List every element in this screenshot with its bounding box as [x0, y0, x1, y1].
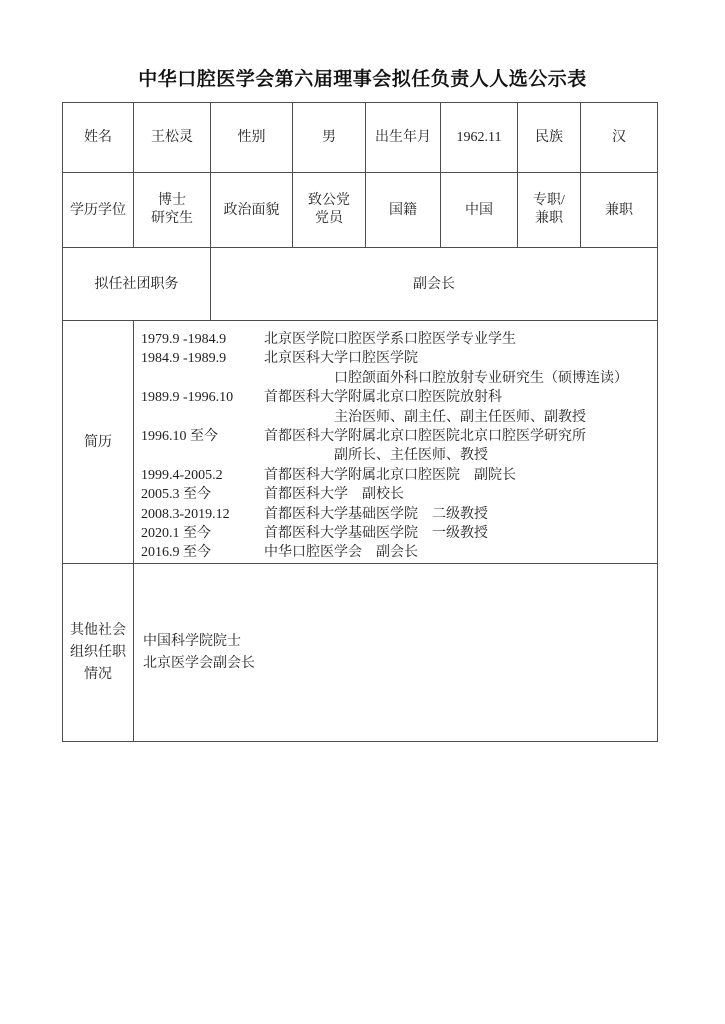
other-positions-label-cell: 其他社会 组织任职 情况 [63, 564, 134, 742]
resume-entry: 1979.9 -1984.9北京医学院口腔医学系口腔医学专业学生 [141, 330, 654, 349]
political-label-cell: 政治面貌 [211, 173, 293, 248]
other-positions-content-cell: 中国科学院院士 北京医学会副会长 [134, 564, 658, 742]
education-value-cell: 博士 研究生 [134, 173, 211, 248]
political-value-cell: 致公党 党员 [293, 173, 366, 248]
gender-value-cell: 男 [293, 103, 366, 173]
resume-entry: 1996.10 至今首都医科大学附属北京口腔医院北京口腔医学研究所 [141, 427, 654, 446]
personnel-info-table: 姓名 王松灵 性别 男 出生年月 1962.11 民族 汉 学历学位 博士 研究… [62, 102, 658, 742]
resume-entry-continuation: 主治医师、副主任、副主任医师、副教授 [141, 408, 654, 427]
resume-label-cell: 简历 [63, 321, 134, 564]
proposed-position-value-cell: 副会长 [211, 248, 658, 321]
resume-entry: 2020.1 至今首都医科大学基础医学院 一级教授 [141, 524, 654, 543]
resume-entry: 2016.9 至今中华口腔医学会 副会长 [141, 543, 654, 562]
gender-label-cell: 性别 [211, 103, 293, 173]
resume-entry: 2008.3-2019.12首都医科大学基础医学院 二级教授 [141, 505, 654, 524]
birth-label-cell: 出生年月 [366, 103, 441, 173]
ethnicity-value-cell: 汉 [581, 103, 658, 173]
nationality-value-cell: 中国 [441, 173, 518, 248]
ethnicity-label-cell: 民族 [518, 103, 581, 173]
resume-entry: 2005.3 至今首都医科大学 副校长 [141, 485, 654, 504]
post-type-value-cell: 兼职 [581, 173, 658, 248]
name-label-cell: 姓名 [63, 103, 134, 173]
resume-content-cell: 1979.9 -1984.9北京医学院口腔医学系口腔医学专业学生 1984.9 … [134, 321, 658, 564]
education-label-cell: 学历学位 [63, 173, 134, 248]
post-type-label-cell: 专职/ 兼职 [518, 173, 581, 248]
proposed-position-label-cell: 拟任社团职务 [63, 248, 211, 321]
table-row-other-positions: 其他社会 组织任职 情况 中国科学院院士 北京医学会副会长 [63, 564, 658, 742]
table-row-basic-info: 姓名 王松灵 性别 男 出生年月 1962.11 民族 汉 [63, 103, 658, 173]
resume-entry: 1989.9 -1996.10首都医科大学附属北京口腔医院放射科 [141, 388, 654, 407]
other-position-entry: 北京医学会副会长 [143, 653, 657, 675]
table-row-education-info: 学历学位 博士 研究生 政治面貌 致公党 党员 国籍 中国 专职/ 兼职 兼职 [63, 173, 658, 248]
resume-entry-continuation: 口腔颌面外科口腔放射专业研究生（硕博连读） [141, 369, 654, 388]
table-row-resume: 简历 1979.9 -1984.9北京医学院口腔医学系口腔医学专业学生 1984… [63, 321, 658, 564]
document-page: 中华口腔医学会第六届理事会拟任负责人人选公示表 姓名 王松灵 性别 男 出生年月… [0, 0, 725, 1024]
table-row-proposed-position: 拟任社团职务 副会长 [63, 248, 658, 321]
birth-value-cell: 1962.11 [441, 103, 518, 173]
resume-entry: 1984.9 -1989.9北京医科大学口腔医学院 [141, 349, 654, 368]
nationality-label-cell: 国籍 [366, 173, 441, 248]
page-title: 中华口腔医学会第六届理事会拟任负责人人选公示表 [0, 68, 725, 92]
other-position-entry: 中国科学院院士 [143, 631, 657, 653]
name-value-cell: 王松灵 [134, 103, 211, 173]
resume-entry-continuation: 副所长、主任医师、教授 [141, 446, 654, 465]
resume-entry: 1999.4-2005.2首都医科大学附属北京口腔医院 副院长 [141, 466, 654, 485]
